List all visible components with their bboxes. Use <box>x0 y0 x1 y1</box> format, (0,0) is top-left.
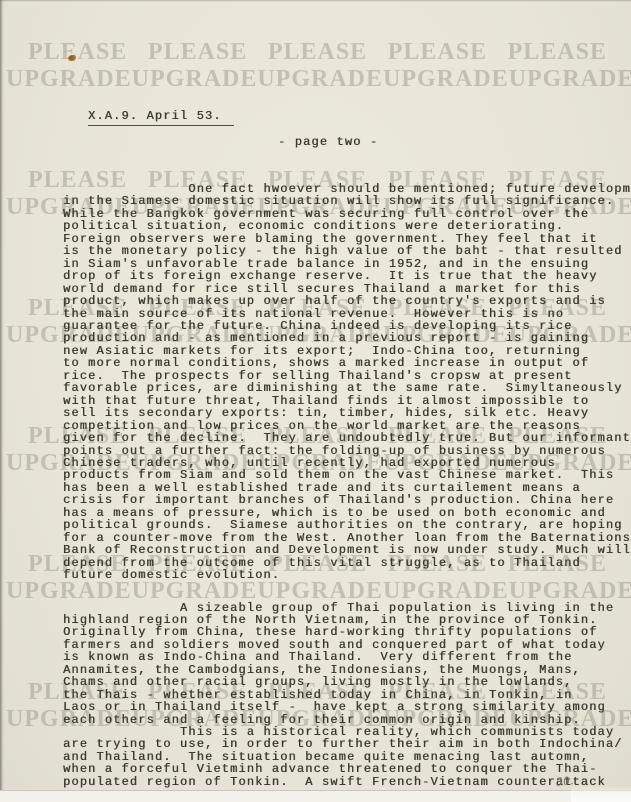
scan-edge-bottom <box>0 790 631 802</box>
document-body: One fact hwoever should be mentioned; fu… <box>63 183 631 788</box>
scanned-document-page: PLEASEPLEASEPLEASEPLEASEPLEASEUPGRADEUPG… <box>0 0 631 802</box>
document-content: X.A.9. April 53. - page two - One fact h… <box>0 0 631 802</box>
paragraph-economic-situation: One fact hwoever should be mentioned; fu… <box>63 183 631 582</box>
scan-edge-top <box>0 0 631 2</box>
document-reference: X.A.9. April 53. <box>88 110 234 126</box>
scan-edge-left <box>0 0 4 790</box>
page-number-label: - page two - <box>278 136 378 149</box>
scan-corner-highlight <box>571 786 631 802</box>
paragraph-thai-population: A sizeable group of Thai population is l… <box>63 602 631 727</box>
paragraph-historical-reality: This is a historical reality, which comm… <box>63 726 631 788</box>
